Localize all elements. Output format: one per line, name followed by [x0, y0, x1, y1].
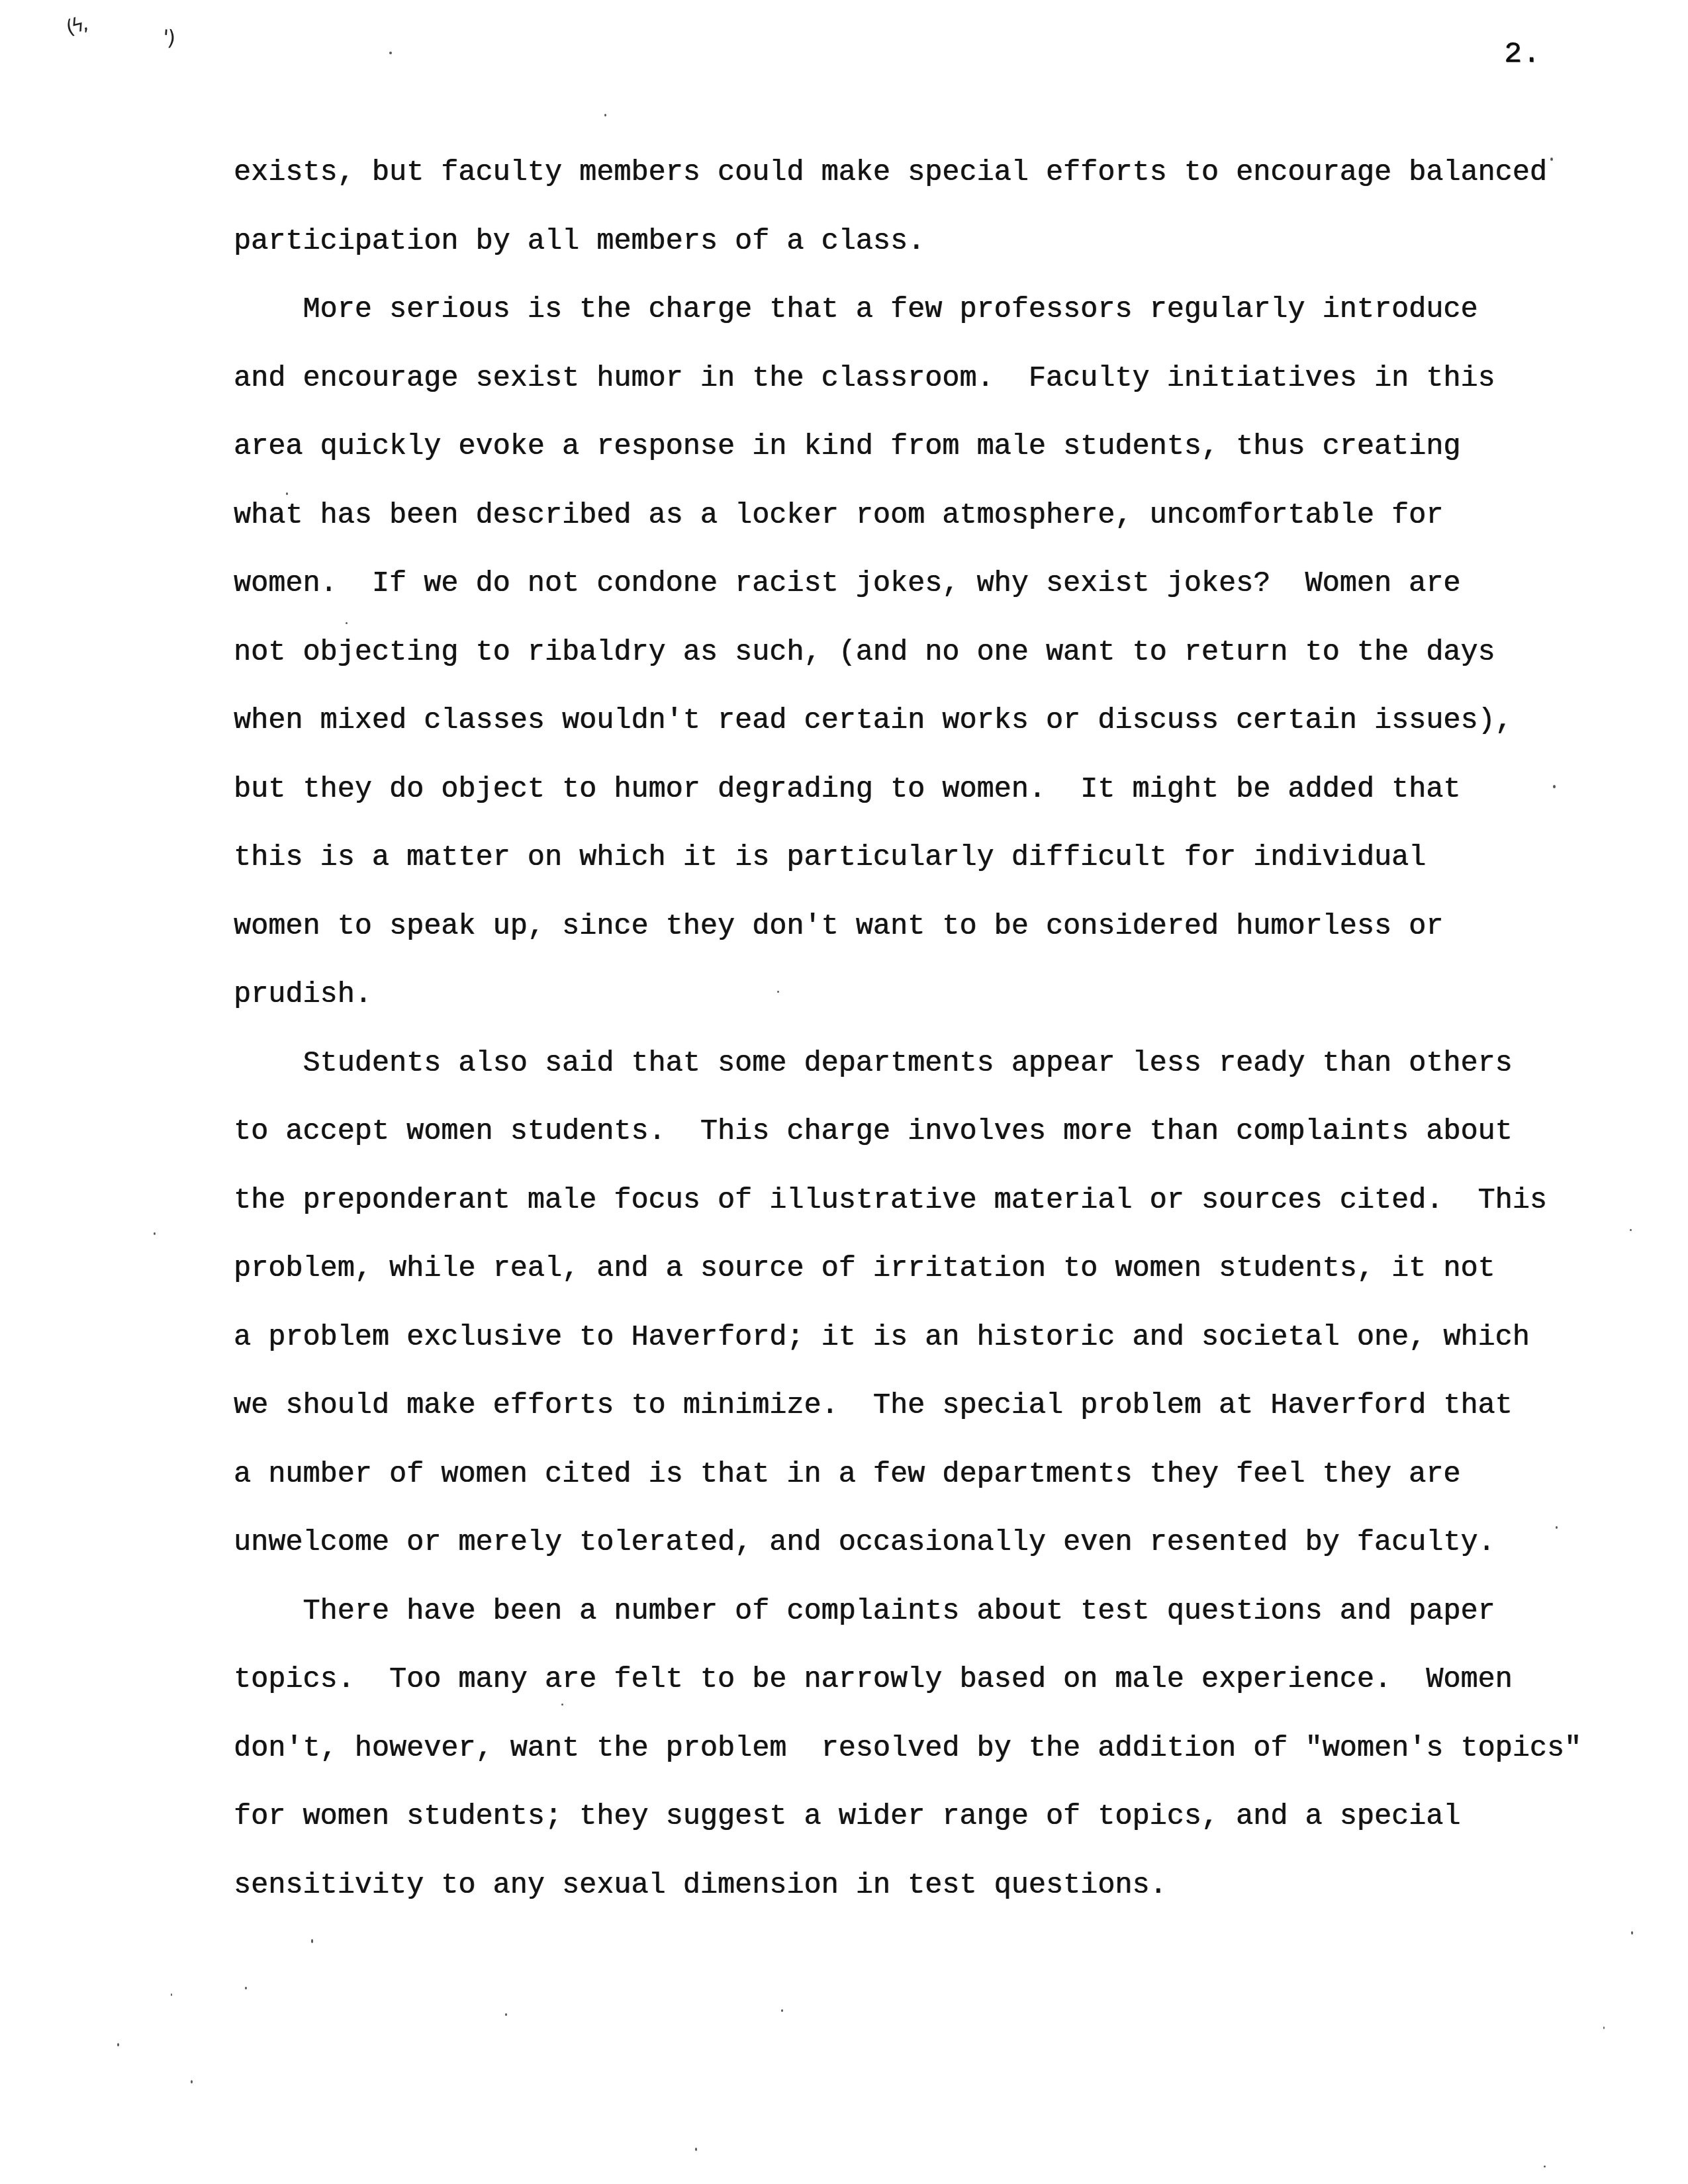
scan-speck — [1550, 158, 1553, 161]
scan-speck — [311, 1939, 313, 1943]
text-line: topics. Too many are felt to be narrowly… — [234, 1646, 1637, 1715]
typewritten-text-body: exists, but faculty members could make s… — [234, 139, 1637, 1920]
scan-speck — [1631, 1931, 1633, 1934]
text-line: More serious is the charge that a few pr… — [234, 276, 1637, 345]
text-line: not objecting to ribaldry as such, (and … — [234, 619, 1637, 688]
text-line: problem, while real, and a source of irr… — [234, 1235, 1637, 1304]
scan-speck — [154, 1232, 156, 1235]
scan-speck — [1556, 1526, 1558, 1529]
text-line: but they do object to humor degrading to… — [234, 756, 1637, 825]
text-line: this is a matter on which it is particul… — [234, 824, 1637, 893]
scan-speck — [117, 2043, 119, 2046]
scan-speck — [695, 2148, 697, 2151]
scan-speck — [1603, 2026, 1605, 2029]
scan-speck — [505, 2013, 507, 2016]
text-line: participation by all members of a class. — [234, 208, 1637, 277]
text-line: and encourage sexist humor in the classr… — [234, 345, 1637, 414]
scan-speck — [1553, 785, 1556, 788]
text-line: to accept women students. This charge in… — [234, 1098, 1637, 1167]
scan-speck — [1630, 1229, 1632, 1231]
ink-smudge-icon: ') — [162, 24, 175, 50]
text-line: a number of women cited is that in a few… — [234, 1441, 1637, 1510]
scan-speck — [171, 1993, 172, 1996]
scan-speck — [1544, 2165, 1546, 2167]
page-number: 2. — [1504, 38, 1541, 70]
text-line: we should make efforts to minimize. The … — [234, 1372, 1637, 1441]
text-line: sensitivity to any sexual dimension in t… — [234, 1852, 1637, 1921]
text-line: unwelcome or merely tolerated, and occas… — [234, 1509, 1637, 1578]
scan-speck — [346, 622, 348, 624]
scan-speck — [191, 2080, 193, 2083]
text-line: Students also said that some departments… — [234, 1030, 1637, 1099]
text-line: don't, however, want the problem resolve… — [234, 1715, 1637, 1784]
text-line: There have been a number of complaints a… — [234, 1578, 1637, 1647]
scan-speck — [561, 1704, 563, 1706]
text-line: women. If we do not condone racist jokes… — [234, 550, 1637, 619]
text-line: when mixed classes wouldn't read certain… — [234, 687, 1637, 756]
text-line: the preponderant male focus of illustrat… — [234, 1167, 1637, 1236]
text-line: for women students; they suggest a wider… — [234, 1783, 1637, 1852]
ink-smudge-icon: (ϟ, — [64, 13, 88, 40]
scan-speck — [781, 2009, 783, 2012]
text-line: prudish. — [234, 961, 1637, 1030]
text-line: women to speak up, since they don't want… — [234, 893, 1637, 962]
scan-speck — [245, 1987, 247, 1989]
scan-speck — [389, 52, 392, 54]
text-line: what has been described as a locker room… — [234, 482, 1637, 551]
text-line: exists, but faculty members could make s… — [234, 139, 1637, 208]
document-page: 2. (ϟ, ') exists, but faculty members co… — [0, 0, 1688, 2184]
text-line: area quickly evoke a response in kind fr… — [234, 413, 1637, 482]
text-line: a problem exclusive to Haverford; it is … — [234, 1304, 1637, 1373]
scan-speck — [604, 114, 606, 116]
scan-speck — [777, 991, 779, 993]
scan-speck — [286, 492, 288, 495]
